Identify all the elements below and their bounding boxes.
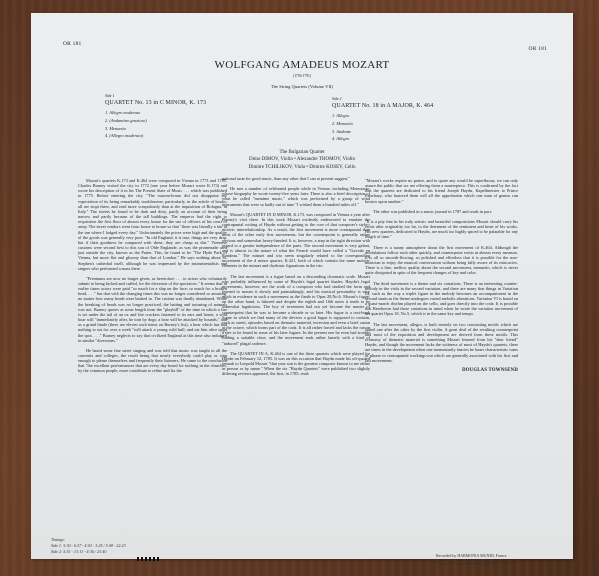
movement: 3. Menuetto — [105, 125, 206, 133]
liner-notes-column-3: "Mozart's works require no praise, and t… — [365, 178, 518, 373]
side-label: Side 2 — [332, 97, 433, 101]
movement: 2. Menuetto — [332, 120, 433, 128]
timings-block: Timings: Side 1: 5:30 - 6:57 - 4:03 - 3:… — [51, 537, 126, 555]
library-of-congress-number: Library of Congress Catalog Card No. 77-… — [436, 560, 516, 568]
review-quote: "It is a pity that in his truly artistic… — [365, 219, 518, 240]
bullet-separator: • — [306, 165, 308, 170]
review-quote: "Mozart's works require no praise, and t… — [365, 178, 518, 204]
performer: Dimitre KOSEV, Cello — [309, 165, 355, 170]
recorded-by: Recorded by HARMONIA MUNDI, France — [436, 552, 516, 560]
paragraph: The last movement, allegro, is built ent… — [365, 322, 518, 363]
composer-dates: (1756-1791) — [31, 74, 573, 78]
composer-title: WOLFGANG AMADEUS MOZART — [31, 59, 573, 71]
paragraph: The third movement is a theme and six va… — [365, 281, 518, 317]
side-2-program: Side 2 QUARTET No. 18 in A MAJOR, K. 464… — [332, 97, 433, 143]
performer: Dimo DIMOV, Violin — [249, 157, 293, 162]
timings-side-2: Side 2: 5:51 - 13:13 - 4:36 / 23:40 — [51, 549, 126, 555]
liner-notes-column-2: national taste for good music, than any … — [222, 176, 370, 381]
ensemble-line-2: Dimitre TCHILIKOV, Viola • Dimitre KOSEV… — [31, 164, 573, 171]
liner-notes-column-1: Mozart's quartets K.173 and K.464 were c… — [78, 178, 227, 379]
paragraph: Mozart's QUARTET IN D MINOR, K.173, was … — [222, 212, 370, 269]
movement: 3. Andante — [332, 128, 433, 136]
bullet-separator: • — [294, 157, 296, 162]
movement: 1. Allegro moderato — [105, 109, 206, 117]
paragraph: "Premiums are now no longer given, as he… — [78, 276, 227, 343]
paragraph: Mozart's quartets K.173 and K.464 were c… — [78, 178, 227, 271]
paragraph: He met a number of celebrated people whi… — [222, 186, 370, 207]
paragraph: The last movement is a fugue based on a … — [222, 274, 370, 346]
print-registration-marks — [137, 557, 159, 561]
catalog-number-left: OR 181 — [63, 41, 81, 47]
paragraph: He heard some fine street singing and wa… — [78, 348, 227, 374]
recording-credits: Recorded by HARMONIA MUNDI, France Libra… — [436, 552, 516, 568]
movement: 4. (Allegro moderato) — [105, 132, 206, 140]
paragraph: national taste for good music, than any … — [222, 176, 370, 181]
performer: Dimitre TCHILIKOV, Viola — [249, 165, 306, 170]
side-1-program: Side 1 QUARTET No. 13 in C MINOR, K. 173… — [105, 94, 206, 140]
movement: 2. (Andantino grazioso) — [105, 117, 206, 125]
paragraph: There is a sunny atmosphere about the fi… — [365, 245, 518, 276]
series-title: The String Quartets (Volume VII) — [31, 84, 573, 89]
catalog-number-right: OR 181 — [529, 46, 547, 52]
ensemble-line-1: Dimo DIMOV, Violin • Alexandre THOMOV, V… — [31, 156, 573, 163]
side-label: Side 1 — [105, 94, 206, 98]
ensemble-name: The Bulgarian Quartet — [31, 149, 573, 156]
ensemble-credits: The Bulgarian Quartet Dimo DIMOV, Violin… — [31, 149, 573, 171]
movement: 1. Allegro — [332, 112, 433, 120]
album-back-cover: OR 181 OR 181 WOLFGANG AMADEUS MOZART (1… — [31, 13, 573, 559]
work-title: QUARTET No. 13 in C MINOR, K. 173 — [105, 100, 206, 106]
author-signature: DOUGLAS TOWNSEND — [365, 368, 518, 373]
work-title: QUARTET No. 18 in A MAJOR, K. 464 — [332, 103, 433, 109]
movement: 4. Allegro — [332, 135, 433, 143]
paragraph: The QUARTET IN A, K.464 is one of the th… — [222, 351, 370, 377]
paragraph: The other was published in a music journ… — [365, 209, 518, 214]
performer: Alexandre THOMOV, Violin — [297, 157, 355, 162]
